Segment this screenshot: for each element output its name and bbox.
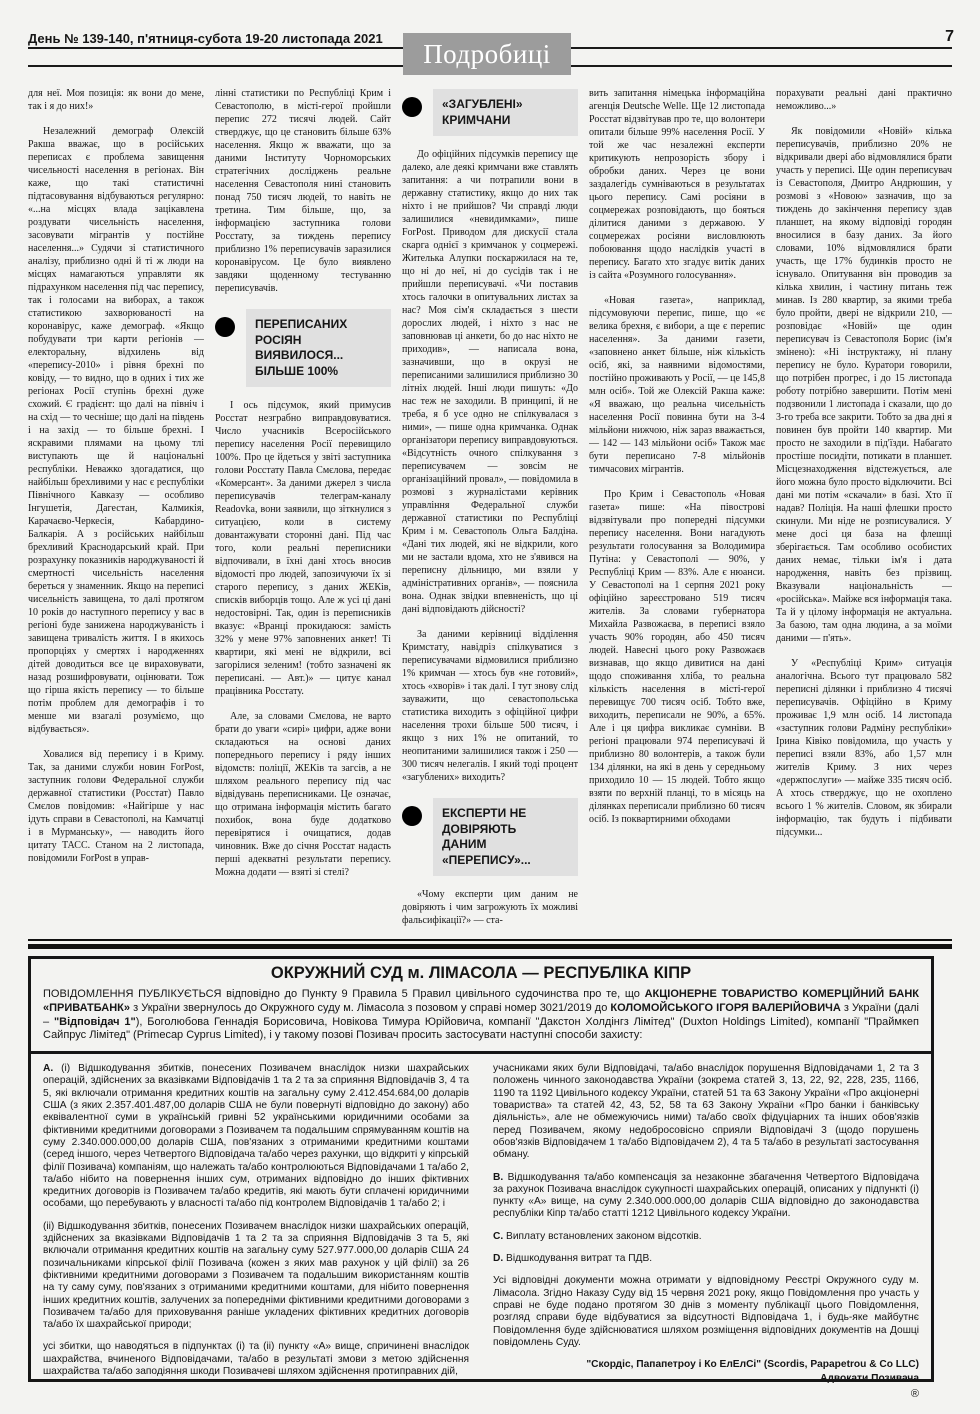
article-paragraph: Ховалися від перепису і в Криму. Так, за… — [28, 748, 204, 865]
notice-paragraph-lead: В. — [493, 1172, 503, 1183]
notice-intro-run: з України звернулось до Окружного суду м… — [130, 1002, 610, 1014]
article-column: «ЗАГУБЛЕНІ» КРИМЧАНИДо офіційних підсумк… — [402, 86, 578, 934]
article-column: лінні статистики по Республіці Крим і Се… — [215, 86, 391, 934]
registered-mark: ® — [493, 1388, 919, 1400]
article-column: для неї. Моя позиція: як вони до мене, т… — [28, 86, 204, 934]
notice-paragraph-lead: D. — [493, 1253, 503, 1264]
notice-paragraph-lead: А. — [43, 1063, 53, 1074]
newspaper-page: День № 139-140, п'ятниця-субота 19-20 ли… — [0, 0, 980, 1414]
section-subhead: ЕКСПЕРТИ НЕ ДОВІРЯЮТЬДАНИМ «ПЕРЕПИСУ»... — [402, 798, 578, 876]
notice-intro: ПОВІДОМЛЕННЯ ПУБЛІКУЄТЬСЯ відповідно до … — [31, 986, 931, 1051]
notice-paragraph: Усі відповідні документи можна отримати … — [493, 1275, 919, 1349]
notice-title: ОКРУЖНИЙ СУД м. ЛІМАСОЛА — РЕСПУБЛІКА КІ… — [31, 959, 931, 986]
article-paragraph: «Чому експерти цим даним не довіряють і … — [402, 888, 578, 927]
issue-info: День № 139-140, п'ятниця-субота 19-20 ли… — [28, 31, 383, 46]
article-paragraph: лінні статистики по Республіці Крим і Се… — [215, 87, 391, 295]
notice-intro-bold-run: КОЛОМОЙСЬКОГО ІГОРЯ ВАЛЕРІЙОВИЧА — [610, 1002, 840, 1014]
divider-thick-rule — [28, 944, 952, 949]
article-paragraph: Як повідомили «Новій» кілька переписувач… — [776, 125, 952, 645]
notice-intro-run: ПОВІДОМЛЕННЯ ПУБЛІКУЄТЬСЯ відповідно до … — [43, 988, 645, 1000]
divider-thin-rule — [28, 939, 952, 941]
bullet-icon — [402, 97, 422, 117]
notice-paragraph-lead: С. — [493, 1231, 503, 1242]
article-paragraph: вить запитання німецька інформаційна аге… — [589, 87, 765, 282]
notice-signature: "Скордіс, Папапетроу і Ко ЕлЕлСі" (Scord… — [493, 1359, 919, 1371]
notice-paragraph: В. Відшкодування та/або компенсація за н… — [493, 1172, 919, 1221]
notice-paragraph: (іі) Відшкодування збитків, понесених По… — [43, 1221, 469, 1332]
article-paragraph: До офіційних підсумків перепису ще далек… — [402, 148, 578, 616]
notice-signature: Адвокати Позивача — [493, 1373, 919, 1385]
subhead-label: ПЕРЕПИСАНИХРОСІЯН ВИЯВИЛОСЯ...БІЛЬШЕ 100… — [246, 309, 391, 387]
notice-paragraph: D. Відшкодування витрат та ПДВ. — [493, 1253, 919, 1265]
article-paragraph: У «Республіці Крим» ситуація аналогічна.… — [776, 657, 952, 839]
notice-paragraph: А. (і) Відшкодування збитків, понесених … — [43, 1063, 469, 1211]
notice-divider — [28, 939, 952, 949]
section-subhead: ПЕРЕПИСАНИХРОСІЯН ВИЯВИЛОСЯ...БІЛЬШЕ 100… — [215, 309, 391, 387]
notice-intro-bold-run: "Відповідач 1" — [54, 1016, 136, 1028]
article-paragraph: І ось підсумок, який примусив Росстат не… — [215, 399, 391, 698]
article-paragraph: «Новая газета», наприклад, підсумовуючи … — [589, 294, 765, 476]
notice-column: учасниками яких були Відповідачі, та/або… — [493, 1063, 919, 1400]
page-number: 7 — [945, 28, 954, 46]
section-badge: Подробиці — [403, 33, 571, 75]
article-paragraph: За даними керівниці відділення Кримстату… — [402, 628, 578, 784]
article-paragraph: Про Крим і Севастополь «Новая газета» пи… — [589, 488, 765, 826]
notice-body: А. (і) Відшкодування збитків, понесених … — [31, 1051, 931, 1404]
notice-paragraph: учасниками яких були Відповідачі, та/або… — [493, 1063, 919, 1161]
notice-paragraph: С. Виплату встановлених законом відсоткі… — [493, 1231, 919, 1243]
bullet-icon — [402, 806, 422, 826]
notice-column: А. (і) Відшкодування збитків, понесених … — [43, 1063, 469, 1400]
article-column: порахувати реальні дані практично неможл… — [776, 86, 952, 934]
article-paragraph: для неї. Моя позиція: як вони до мене, т… — [28, 87, 204, 113]
notice-intro-run: ), Боголюбова Геннадія Борисовича, Новік… — [43, 1016, 919, 1042]
article-paragraph: Але, за словами Смєлова, не варто брати … — [215, 710, 391, 879]
notice-paragraph: усі збитки, що наводяться в підпунктах (… — [43, 1341, 469, 1378]
court-notice-box: ОКРУЖНИЙ СУД м. ЛІМАСОЛА — РЕСПУБЛІКА КІ… — [28, 956, 934, 1382]
article: для неї. Моя позиція: як вони до мене, т… — [28, 86, 952, 934]
subhead-label: ЕКСПЕРТИ НЕ ДОВІРЯЮТЬДАНИМ «ПЕРЕПИСУ»... — [433, 798, 578, 876]
bullet-icon — [215, 317, 235, 337]
article-paragraph: порахувати реальні дані практично неможл… — [776, 87, 952, 113]
subhead-label: «ЗАГУБЛЕНІ» КРИМЧАНИ — [433, 89, 578, 136]
article-paragraph: Незалежний демограф Олексій Ракша вважає… — [28, 125, 204, 736]
article-column: вить запитання німецька інформаційна аге… — [589, 86, 765, 934]
section-subhead: «ЗАГУБЛЕНІ» КРИМЧАНИ — [402, 89, 578, 136]
